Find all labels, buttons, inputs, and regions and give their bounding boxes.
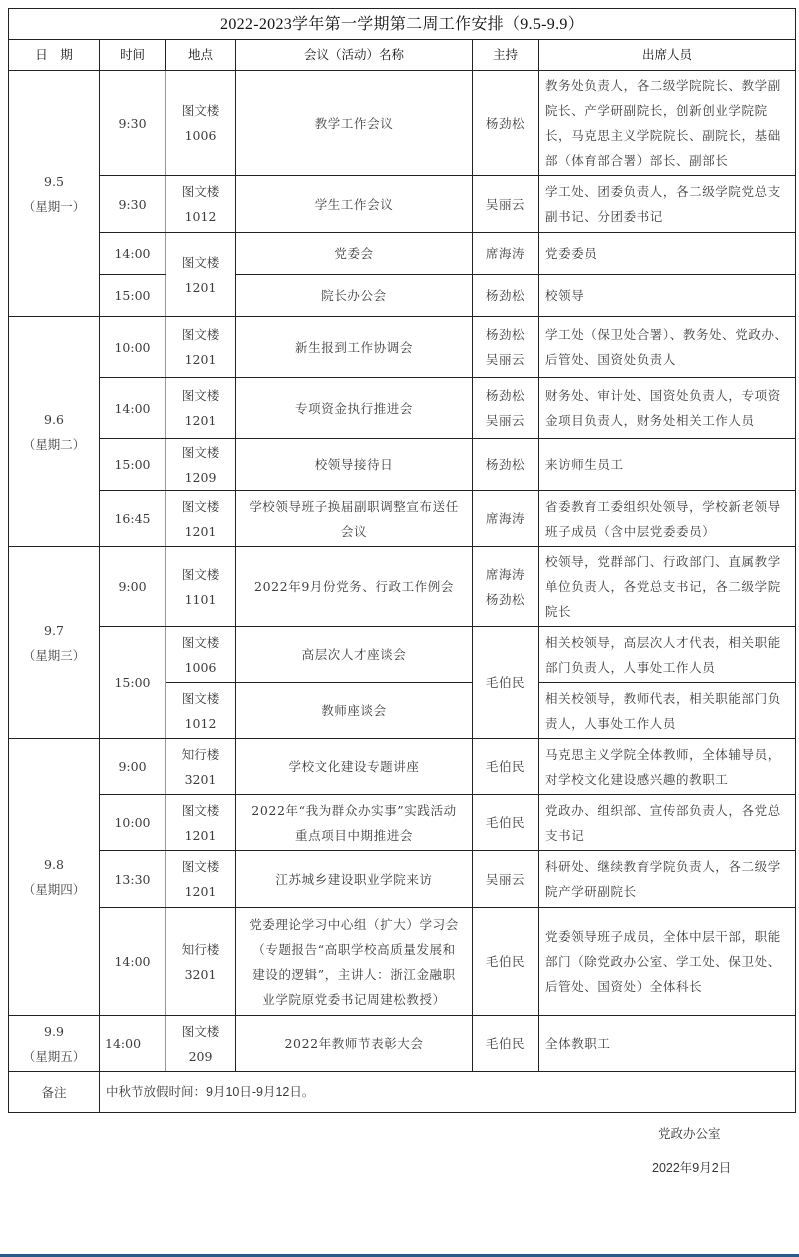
table-row: 15:00 院长办公会 杨劲松 校领导 <box>9 275 796 317</box>
host-cell: 席海涛 杨劲松 <box>473 547 539 627</box>
location-cell: 图文楼 1201 <box>166 378 236 439</box>
location-cell: 图文楼 1201 <box>166 233 236 317</box>
location-cell: 图文楼 1201 <box>166 795 236 851</box>
host-cell: 杨劲松 <box>473 439 539 491</box>
attendees-cell: 相关校领导，高层次人才代表，相关职能部门负责人，人事处工作人员 <box>539 627 796 683</box>
table-row: 13:30 图文楼 1201 江苏城乡建设职业学院来访 吴丽云 科研处、继续教育… <box>9 851 796 908</box>
meeting-name-cell: 教学工作会议 <box>236 71 473 176</box>
location-cell: 图文楼 1101 <box>166 547 236 627</box>
weekday: （星期四） <box>13 877 95 902</box>
column-header-attendees: 出席人员 <box>539 40 796 71</box>
meeting-name-cell: 学生工作会议 <box>236 176 473 233</box>
remarks-label: 备注 <box>9 1072 100 1113</box>
table-row: 15:00 图文楼 1006 高层次人才座谈会 毛伯民 相关校领导，高层次人才代… <box>9 627 796 683</box>
meeting-name-cell: 2022年教师节表彰大会 <box>236 1016 473 1072</box>
host-cell: 席海涛 <box>473 491 539 547</box>
host-cell: 杨劲松 吴丽云 <box>473 378 539 439</box>
attendees-cell: 教务处负责人，各二级学院院长、教学副院长、产学研副院长，创新创业学院院长，马克思… <box>539 71 796 176</box>
host-cell: 毛伯民 <box>473 1016 539 1072</box>
time-cell: 9:00 <box>100 739 166 795</box>
meeting-name-cell: 学校文化建设专题讲座 <box>236 739 473 795</box>
time-cell: 15:00 <box>100 275 166 317</box>
host-cell: 杨劲松 <box>473 71 539 176</box>
table-row: 9.5 （星期一） 9:30 图文楼 1006 教学工作会议 杨劲松 教务处负责… <box>9 71 796 176</box>
meeting-name-cell: 校领导接待日 <box>236 439 473 491</box>
time-cell: 14:00 <box>100 1016 166 1072</box>
location-cell: 图文楼 1209 <box>166 439 236 491</box>
location-cell: 图文楼 1201 <box>166 317 236 378</box>
weekday: （星期五） <box>13 1044 95 1069</box>
location-cell: 图文楼 1006 <box>166 71 236 176</box>
issuing-office: 党政办公室 <box>658 1124 721 1142</box>
location-cell: 图文楼 1012 <box>166 176 236 233</box>
location-cell: 图文楼 1201 <box>166 851 236 908</box>
attendees-cell: 党委领导班子成员，全体中层干部，职能部门（除党政办公室、学工处、保卫处、后管处、… <box>539 908 796 1016</box>
remarks-row: 备注 中秋节放假时间：9月10日-9月12日。 <box>9 1072 796 1113</box>
date-cell: 9.9 （星期五） <box>9 1016 100 1072</box>
date-cell: 9.5 （星期一） <box>9 71 100 317</box>
weekday: （星期二） <box>13 432 95 457</box>
date-cell: 9.7 （星期三） <box>9 547 100 739</box>
host-cell: 吴丽云 <box>473 176 539 233</box>
time-cell: 9:00 <box>100 547 166 627</box>
attendees-cell: 来访师生员工 <box>539 439 796 491</box>
attendees-cell: 校领导，党群部门、行政部门、直属教学单位负责人，各党总支书记，各二级学院院长 <box>539 547 796 627</box>
location-cell: 图文楼 209 <box>166 1016 236 1072</box>
meeting-name-cell: 专项资金执行推进会 <box>236 378 473 439</box>
attendees-cell: 党政办、组织部、宣传部负责人，各党总支书记 <box>539 795 796 851</box>
date: 9.9 <box>13 1019 95 1044</box>
meeting-name-cell: 学校领导班子换届副职调整宣布送任 会议 <box>236 491 473 547</box>
table-row: 15:00 图文楼 1209 校领导接待日 杨劲松 来访师生员工 <box>9 439 796 491</box>
meeting-name-cell: 江苏城乡建设职业学院来访 <box>236 851 473 908</box>
host-cell: 毛伯民 <box>473 627 539 739</box>
time-cell: 10:00 <box>100 317 166 378</box>
table-row: 9.6 （星期二） 10:00 图文楼 1201 新生报到工作协调会 杨劲松 吴… <box>9 317 796 378</box>
time-cell: 9:30 <box>100 71 166 176</box>
remarks-text: 中秋节放假时间：9月10日-9月12日。 <box>100 1072 796 1113</box>
column-header-host: 主持 <box>473 40 539 71</box>
meeting-name-cell: 2022年9月份党务、行政工作例会 <box>236 547 473 627</box>
time-cell: 15:00 <box>100 627 166 739</box>
column-header-time: 时间 <box>100 40 166 71</box>
time-cell: 13:30 <box>100 851 166 908</box>
time-cell: 16:45 <box>100 491 166 547</box>
location-cell: 图文楼 1006 <box>166 627 236 683</box>
host-cell: 毛伯民 <box>473 908 539 1016</box>
host-cell: 毛伯民 <box>473 795 539 851</box>
attendees-cell: 相关校领导，教师代表，相关职能部门负责人，人事处工作人员 <box>539 683 796 739</box>
schedule-document: 2022-2023学年第一学期第二周工作安排（9.5-9.9） 日 期 时间 地… <box>8 8 795 1113</box>
attendees-cell: 党委委员 <box>539 233 796 275</box>
attendees-cell: 财务处、审计处、国资处负责人，专项资金项目负责人，财务处相关工作人员 <box>539 378 796 439</box>
date: 9.8 <box>13 852 95 877</box>
issue-date: 2022年9月2日 <box>652 1158 731 1176</box>
meeting-name-cell: 高层次人才座谈会 <box>236 627 473 683</box>
column-header-meeting-name: 会议（活动）名称 <box>236 40 473 71</box>
table-row: 10:00 图文楼 1201 2022年“我为群众办实事”实践活动 重点项目中期… <box>9 795 796 851</box>
attendees-cell: 学工处（保卫处合署）、教务处、党政办、后管处、国资处负责人 <box>539 317 796 378</box>
meeting-name-cell: 教师座谈会 <box>236 683 473 739</box>
table-row: 9.7 （星期三） 9:00 图文楼 1101 2022年9月份党务、行政工作例… <box>9 547 796 627</box>
attendees-cell: 科研处、继续教育学院负责人，各二级学院产学研副院长 <box>539 851 796 908</box>
host-cell: 吴丽云 <box>473 851 539 908</box>
header-row: 日 期 时间 地点 会议（活动）名称 主持 出席人员 <box>9 40 796 71</box>
date: 9.7 <box>13 618 95 643</box>
document-title: 2022-2023学年第一学期第二周工作安排（9.5-9.9） <box>9 9 796 40</box>
location-cell: 图文楼 1012 <box>166 683 236 739</box>
meeting-name-cell: 院长办公会 <box>236 275 473 317</box>
attendees-cell: 全体教职工 <box>539 1016 796 1072</box>
table-row: 14:00 图文楼 1201 专项资金执行推进会 杨劲松 吴丽云 财务处、审计处… <box>9 378 796 439</box>
table-row: 14:00 图文楼 1201 党委会 席海涛 党委委员 <box>9 233 796 275</box>
time-cell: 15:00 <box>100 439 166 491</box>
time-cell: 10:00 <box>100 795 166 851</box>
meeting-name-cell: 党委理论学习中心组（扩大）学习会 （专题报告“高职学校高质量发展和 建设的逻辑”… <box>236 908 473 1016</box>
table-row: 9:30 图文楼 1012 学生工作会议 吴丽云 学工处、团委负责人，各二级学院… <box>9 176 796 233</box>
attendees-cell: 学工处、团委负责人，各二级学院党总支副书记、分团委书记 <box>539 176 796 233</box>
location-cell: 知行楼 3201 <box>166 908 236 1016</box>
host-cell: 毛伯民 <box>473 739 539 795</box>
meeting-name-cell: 2022年“我为群众办实事”实践活动 重点项目中期推进会 <box>236 795 473 851</box>
date-cell: 9.6 （星期二） <box>9 317 100 547</box>
table-row: 9.9 （星期五） 14:00 图文楼 209 2022年教师节表彰大会 毛伯民… <box>9 1016 796 1072</box>
attendees-cell: 校领导 <box>539 275 796 317</box>
location-cell: 图文楼 1201 <box>166 491 236 547</box>
weekday: （星期三） <box>13 643 95 668</box>
host-cell: 杨劲松 吴丽云 <box>473 317 539 378</box>
meeting-name-cell: 党委会 <box>236 233 473 275</box>
attendees-cell: 省委教育工委组织处领导，学校新老领导班子成员（含中层党委委员） <box>539 491 796 547</box>
attendees-cell: 马克思主义学院全体教师，全体辅导员，对学校文化建设感兴趣的教职工 <box>539 739 796 795</box>
date: 9.6 <box>13 407 95 432</box>
date: 9.5 <box>13 169 95 194</box>
table-row: 16:45 图文楼 1201 学校领导班子换届副职调整宣布送任 会议 席海涛 省… <box>9 491 796 547</box>
meeting-name-cell: 新生报到工作协调会 <box>236 317 473 378</box>
location-cell: 知行楼 3201 <box>166 739 236 795</box>
schedule-table: 2022-2023学年第一学期第二周工作安排（9.5-9.9） 日 期 时间 地… <box>8 8 796 1113</box>
time-cell: 14:00 <box>100 908 166 1016</box>
time-cell: 9:30 <box>100 176 166 233</box>
date-cell: 9.8 （星期四） <box>9 739 100 1016</box>
table-row: 9.8 （星期四） 9:00 知行楼 3201 学校文化建设专题讲座 毛伯民 马… <box>9 739 796 795</box>
host-cell: 席海涛 <box>473 233 539 275</box>
host-cell: 杨劲松 <box>473 275 539 317</box>
column-header-location: 地点 <box>166 40 236 71</box>
table-row: 14:00 知行楼 3201 党委理论学习中心组（扩大）学习会 （专题报告“高职… <box>9 908 796 1016</box>
time-cell: 14:00 <box>100 233 166 275</box>
column-header-date: 日 期 <box>9 40 100 71</box>
time-cell: 14:00 <box>100 378 166 439</box>
weekday: （星期一） <box>13 194 95 219</box>
